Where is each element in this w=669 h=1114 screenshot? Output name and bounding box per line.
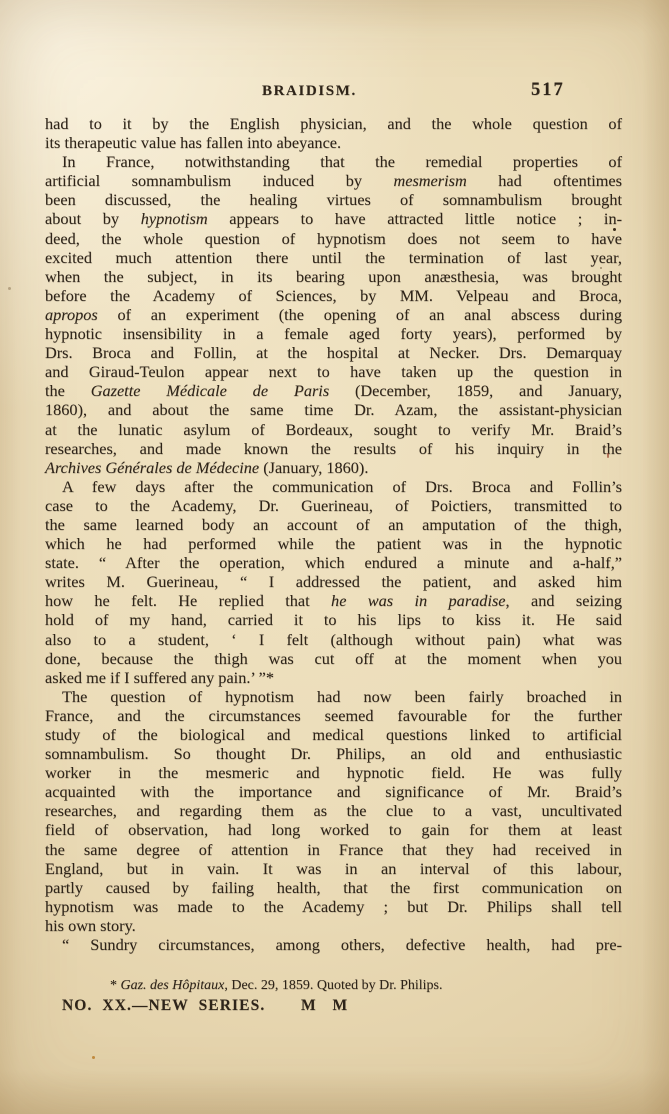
text-line: study of the biological and medical ques… xyxy=(45,725,622,744)
text-line: the same learned body an account of an a… xyxy=(45,515,622,534)
text-line: A few days after the communication of Dr… xyxy=(45,477,622,496)
text-line: before the Academy of Sciences, by MM. V… xyxy=(45,286,622,305)
text-line: about by hypnotism appears to have attra… xyxy=(45,209,622,228)
text-line: had to it by the English physician, and … xyxy=(45,114,622,133)
text-line: hypnotic insensibility in a female aged … xyxy=(45,324,622,343)
text-line: hold of my hand, carried it to his lips … xyxy=(45,610,622,629)
text-line: the same degree of attention in France t… xyxy=(45,840,622,859)
text-line: In France, notwithstanding that the reme… xyxy=(45,152,622,171)
footnote: * Gaz. des Hôpitaux, Dec. 29, 1859. Quot… xyxy=(110,977,622,994)
text-line: been discussed, the healing virtues of s… xyxy=(45,190,622,209)
text-line: acquainted with the importance and signi… xyxy=(45,782,622,801)
paragraph: “ Sundry circumstances, among others, de… xyxy=(45,935,622,954)
printer-signature-mark: M M xyxy=(301,997,349,1015)
text-line: researches, and made known the results o… xyxy=(45,439,622,458)
text-line: apropos of an experiment (the opening of… xyxy=(45,305,622,324)
text-line: done, because the thigh was cut off at t… xyxy=(45,649,622,668)
footnote-text: * Gaz. des Hôpitaux, Dec. 29, 1859. Quot… xyxy=(110,978,442,993)
paper-speck xyxy=(613,228,616,231)
text-line: Drs. Broca and Follin, at the hospital a… xyxy=(45,343,622,362)
running-title: BRAIDISM. xyxy=(262,83,357,100)
text-line: artificial somnambulism induced by mesme… xyxy=(45,171,622,190)
series-label: NO. XX.—NEW SERIES. xyxy=(62,997,265,1015)
page-number: 517 xyxy=(531,80,565,101)
text-line: worker in the mesmeric and hypnotic fiel… xyxy=(45,763,622,782)
text-line: excited much attention there until the t… xyxy=(45,248,622,267)
paragraph: The question of hypnotism had now been f… xyxy=(45,687,622,935)
text-body: had to it by the English physician, and … xyxy=(45,114,622,954)
text-line: how he felt. He replied that he was in p… xyxy=(45,591,622,610)
paragraph: In France, notwithstanding that the reme… xyxy=(45,152,622,477)
text-line: researches, and regarding them as the cl… xyxy=(45,801,622,820)
paragraph: A few days after the communication of Dr… xyxy=(45,477,622,687)
text-line: his own story. xyxy=(45,916,622,935)
text-line: The question of hypnotism had now been f… xyxy=(45,687,622,706)
text-line: at the lunatic asylum of Bordeaux, sough… xyxy=(45,420,622,439)
text-line: writes M. Guerineau, “ I addressed the p… xyxy=(45,572,622,591)
text-line: hypnotism was made to the Academy ; but … xyxy=(45,897,622,916)
text-line: Archives Générales de Médecine (January,… xyxy=(45,458,622,477)
paper-speck xyxy=(92,1056,95,1059)
text-line: partly caused by failing health, that th… xyxy=(45,878,622,897)
text-line: and Giraud-Teulon appear next to have ta… xyxy=(45,362,622,381)
text-line: England, but in vain. It was in an inter… xyxy=(45,859,622,878)
paper-speck xyxy=(8,287,11,290)
text-line: field of observation, had long worked to… xyxy=(45,820,622,839)
paragraph: had to it by the English physician, and … xyxy=(45,114,622,152)
text-line: case to the Academy, Dr. Guerineau, of P… xyxy=(45,496,622,515)
text-line: asked me if I suffered any pain.’ ”* xyxy=(45,668,622,687)
text-line: 1860), and about the same time Dr. Azam,… xyxy=(45,400,622,419)
text-line: deed, the whole question of hypnotism do… xyxy=(45,229,622,248)
text-line: state. “ After the operation, which endu… xyxy=(45,553,622,572)
text-line: which he had performed while the patient… xyxy=(45,534,622,553)
text-line: France, and the circumstances seemed fav… xyxy=(45,706,622,725)
paper-speck xyxy=(607,453,609,458)
paper-speck xyxy=(600,267,602,269)
signature-line: NO. XX.—NEW SERIES. M M xyxy=(45,997,622,1017)
text-line: somnambulism. So thought Dr. Philips, an… xyxy=(45,744,622,763)
text-line: “ Sundry circumstances, among others, de… xyxy=(45,935,622,954)
text-line: the Gazette Médicale de Paris (December,… xyxy=(45,381,622,400)
text-line: its therapeutic value has fallen into ab… xyxy=(45,133,622,152)
text-line: also to a student, ‘ I felt (although wi… xyxy=(45,630,622,649)
book-page: BRAIDISM. 517 had to it by the English p… xyxy=(0,0,669,1114)
text-line: when the subject, in its bearing upon an… xyxy=(45,267,622,286)
